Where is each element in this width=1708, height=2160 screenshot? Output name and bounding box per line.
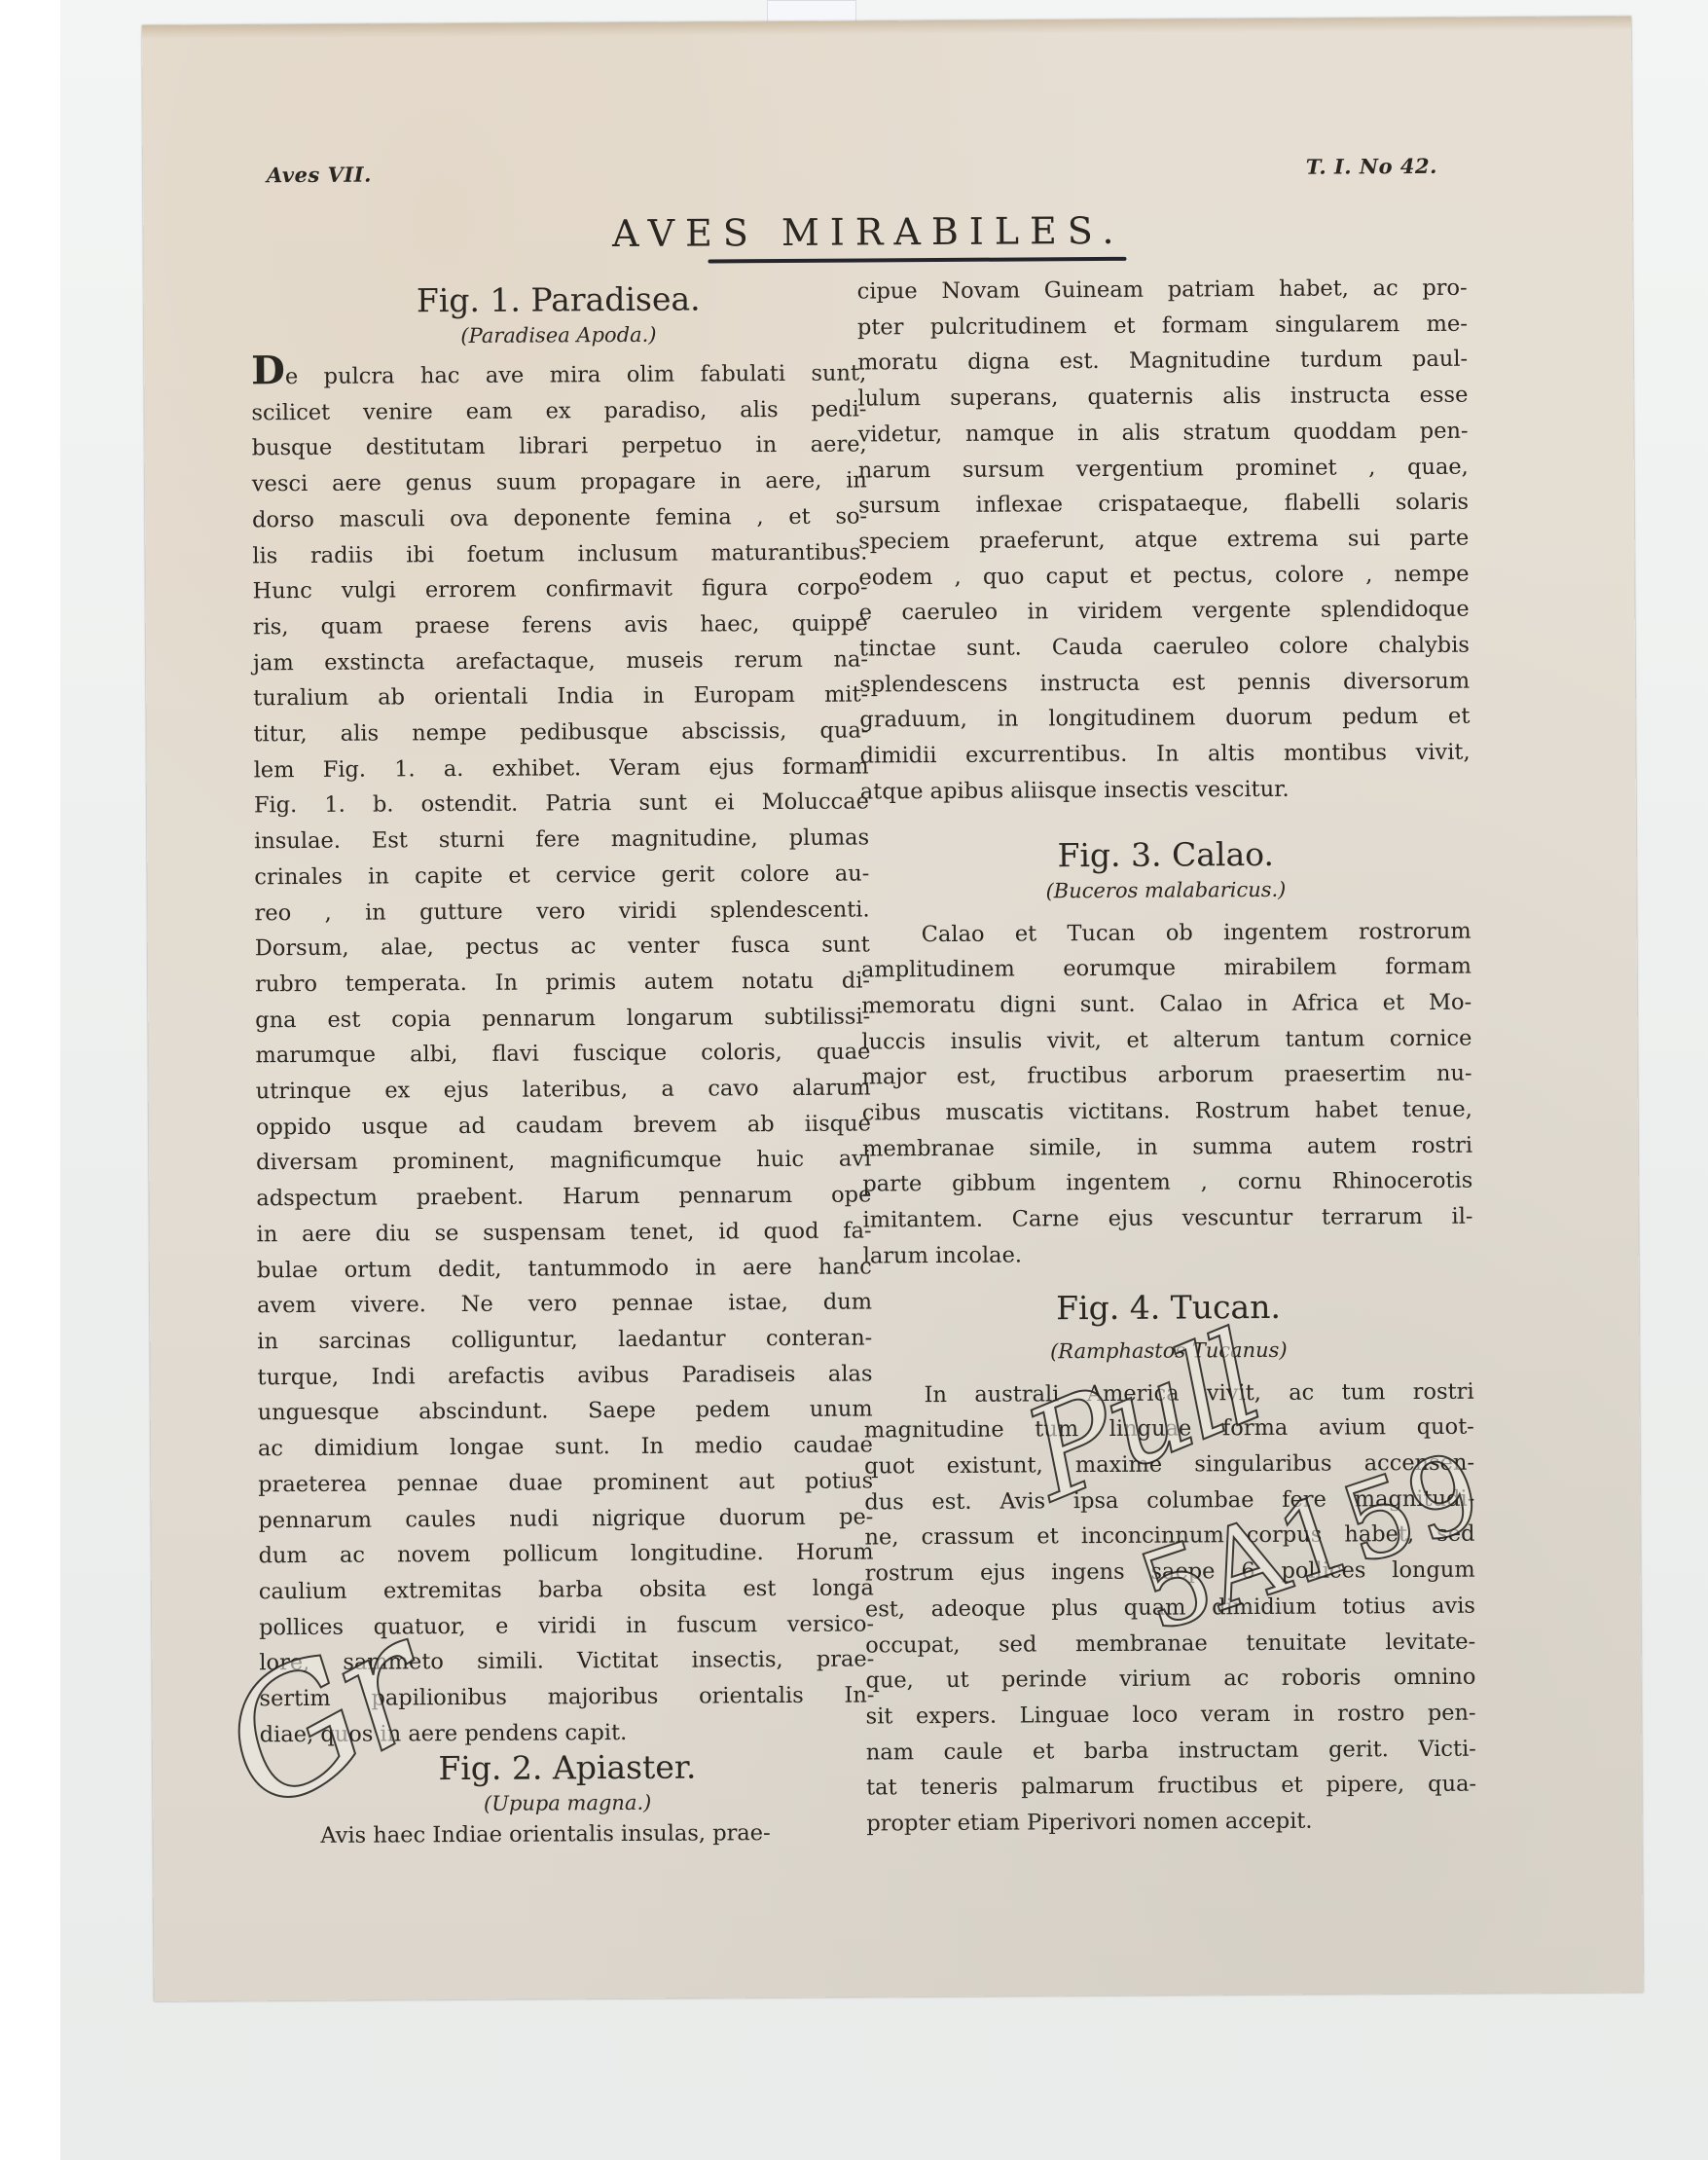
text-line: occupat, sed membranae tenuitate levitat… <box>865 1624 1475 1664</box>
text-line: larum incolae. <box>863 1235 1473 1275</box>
text-line: turalium ab orientali India in Europam m… <box>253 677 868 717</box>
text-line: bulae ortum dedit, tantummodo in aere ha… <box>257 1249 872 1289</box>
text-line: rubro temperata. In primis autem notatu … <box>255 963 870 1003</box>
fig2-body-continued: cipue Novam Guineam patriam habet, ac pr… <box>857 271 1471 810</box>
text-line: dimidii excurrentibus. In altis montibus… <box>859 735 1470 775</box>
text-line: diversam prominent, magnificumque huic a… <box>256 1142 871 1182</box>
running-head-right: T. I. No 42. <box>1306 154 1437 179</box>
fig2-title: Fig. 2. Apiaster. <box>260 1745 875 1792</box>
spacer <box>860 806 1471 835</box>
fig1-body: De pulcra hac ave mira olim fabulati sun… <box>251 352 875 1752</box>
text-line: e caeruleo in viridem vergente splendido… <box>859 592 1470 632</box>
text-line: oppido usque ad caudam brevem ab iisque <box>256 1106 871 1146</box>
text-line: in aere diu se suspensam tenet, id quod … <box>256 1213 871 1253</box>
text-line: membranae simile, in summa autem rostri <box>862 1127 1472 1167</box>
text-line: unguesque abscindunt. Saepe pedem unum <box>258 1392 873 1432</box>
text-line: dus est. Avis ipsa columbae fere magnitu… <box>864 1481 1474 1520</box>
text-line: nam caule et barba instructam gerit. Vic… <box>866 1731 1476 1771</box>
text-line: speciem praeferunt, atque extrema sui pa… <box>858 521 1469 561</box>
text-line: lulum superans, quaternis alis instructa… <box>857 378 1468 418</box>
text-line: est, adeoque plus quam dimidium totius a… <box>865 1588 1475 1628</box>
text-line: sertim papilionibus majoribus orientalis… <box>259 1677 874 1717</box>
text-line: cibus muscatis victitans. Rostrum habet … <box>862 1092 1472 1132</box>
text-line: propter etiam Piperivori nomen accepit. <box>866 1803 1476 1843</box>
text-line: lore, sammeto simili. Victitat insectis,… <box>259 1642 874 1682</box>
text-line: insulae. Est sturni fere magnitudine, pl… <box>254 821 869 860</box>
text-line: ne, crassum et inconcinnum corpus habet,… <box>864 1517 1474 1556</box>
text-line: sursum inflexae crispataeque, flabelli s… <box>858 485 1469 525</box>
left-column: Fig. 1. Paradisea. (Paradisea Apoda.) De… <box>251 276 876 1854</box>
text-line: titur, alis nempe pedibusque abscissis, … <box>253 713 868 752</box>
fig3-body: Calao et Tucan ob ingentem rostrorumampl… <box>861 913 1473 1274</box>
text-line: major est, fructibus arborum praesertim … <box>862 1056 1472 1096</box>
text-line: ris, quam praese ferens avis haec, quipp… <box>253 605 868 645</box>
text-line: que, ut perinde virium ac roboris omnino <box>865 1660 1475 1700</box>
text-line: Hunc vulgi errorem confirmavit figura co… <box>252 570 867 610</box>
text-line: cipue Novam Guineam patriam habet, ac pr… <box>857 271 1468 311</box>
text-line: pollices quatuor, e viridi in fuscum ver… <box>259 1606 874 1646</box>
fig2-subtitle: (Upupa magna.) <box>260 1788 875 1819</box>
fig4-title: Fig. 4. Tucan. <box>863 1284 1473 1331</box>
text-line: narum sursum vergentium prominet , quae, <box>858 449 1469 489</box>
text-line: ac dimidium longae sunt. In medio caudae <box>258 1428 873 1468</box>
text-line: utrinque ex ejus lateribus, a cavo alaru… <box>256 1071 871 1111</box>
text-line: De pulcra hac ave mira olim fabulati sun… <box>251 352 866 395</box>
text-line: pennarum caules nudi nigrique duorum pe- <box>258 1499 873 1539</box>
text-line: Fig. 1. b. ostendit. Patria sunt ei Molu… <box>254 785 869 824</box>
text-line: eodem , quo caput et pectus, colore , ne… <box>858 556 1469 596</box>
text-line: tat teneris palmarum fructibus et pipere… <box>866 1767 1476 1807</box>
text-line: Avis haec Indiae orientalis insulas, pra… <box>260 1815 875 1855</box>
document-sheet: Aves VII. T. I. No 42. AVES MIRABILES. F… <box>142 17 1643 2001</box>
text-line: vesci aere genus suum propagare in aere,… <box>252 463 867 503</box>
fig2-body: Avis haec Indiae orientalis insulas, pra… <box>260 1815 875 1855</box>
text-line: jam exstincta arefactaque, museis rerum … <box>253 641 868 681</box>
scan-margin-left <box>0 0 60 2160</box>
text-line: gna est copia pennarum longarum subtilis… <box>255 999 870 1039</box>
fig4-subtitle: (Ramphastos Tucanus) <box>863 1335 1473 1366</box>
line-text: e pulcra hac ave mira olim fabulati sunt… <box>285 360 866 389</box>
text-line: pter pulcritudinem et formam singularem … <box>857 306 1468 346</box>
text-line: graduum, in longitudinem duorum pedum et <box>859 699 1470 739</box>
text-line: atque apibus aliisque insectis vescitur. <box>860 771 1471 811</box>
text-line: reo , in gutture vero viridi splendescen… <box>254 892 869 932</box>
text-line: memoratu digni sunt. Calao in Africa et … <box>861 985 1472 1025</box>
right-column: cipue Novam Guineam patriam habet, ac pr… <box>857 271 1477 1843</box>
text-line: busque destitutam librari perpetuo in ae… <box>252 427 867 467</box>
text-line: lem Fig. 1. a. exhibet. Veram ejus forma… <box>254 749 869 788</box>
text-line: praeterea pennae duae prominent aut poti… <box>258 1463 873 1503</box>
page-title: AVES MIRABILES. <box>143 206 1632 258</box>
text-line: sit expers. Linguae loco veram in rostro… <box>866 1696 1476 1736</box>
text-line: parte gibbum ingentem , cornu Rhinocerot… <box>862 1163 1472 1203</box>
text-line: avem vivere. Ne vero pennae istae, dum <box>257 1285 872 1325</box>
title-rule <box>708 257 1126 264</box>
text-line: dorso masculi ova deponente femina , et … <box>252 498 867 538</box>
text-line: tinctae sunt. Cauda caeruleo colore chal… <box>859 628 1470 668</box>
text-line: dum ac novem pollicum longitudine. Horum <box>258 1535 873 1575</box>
text-line: scilicet venire eam ex paradiso, alis pe… <box>251 391 866 431</box>
text-line: in sarcinas colliguntur, laedantur conte… <box>257 1320 872 1360</box>
text-line: imitantem. Carne ejus vescuntur terrarum… <box>862 1199 1472 1239</box>
running-head-left: Aves VII. <box>267 163 372 188</box>
text-line: moratu digna est. Magnitudine turdum pau… <box>857 342 1468 382</box>
fig3-subtitle: (Buceros malabaricus.) <box>860 874 1471 905</box>
text-line: quot existunt, maxime singularibus accen… <box>864 1446 1474 1485</box>
text-line: caulium extremitas barba obsita est long… <box>259 1570 874 1610</box>
dropcap: D <box>251 348 285 393</box>
text-line: turque, Indi arefactis avibus Paradiseis… <box>257 1356 872 1396</box>
text-line: marumque albi, flavi fuscique coloris, q… <box>255 1035 870 1075</box>
text-line: amplitudinem eorumque mirabilem formam <box>861 949 1472 989</box>
text-line: Dorsum, alae, pectus ac venter fusca sun… <box>255 928 870 968</box>
fig1-subtitle: (Paradisea Apoda.) <box>251 319 866 350</box>
text-line: lis radiis ibi foetum inclusum maturanti… <box>252 534 867 574</box>
fig4-body: In australi America vivit, ac tum rostri… <box>863 1373 1476 1842</box>
fig3-title: Fig. 3. Calao. <box>860 831 1471 878</box>
text-line: In australi America vivit, ac tum rostri <box>863 1373 1473 1413</box>
text-line: rostrum ejus ingens saepe 6 pollices lon… <box>865 1553 1475 1593</box>
text-line: crinales in capite et cervice gerit colo… <box>254 856 869 896</box>
text-line: magnitudine tum linguae forma avium quot… <box>864 1409 1474 1449</box>
text-line: adspectum praebent. Harum pennarum ope <box>256 1178 871 1218</box>
text-line: luccis insulis vivit, et alterum tantum … <box>861 1020 1472 1060</box>
text-line: Calao et Tucan ob ingentem rostrorum <box>861 913 1472 953</box>
text-line: videtur, namque in alis stratum quoddam … <box>857 413 1468 453</box>
text-line: splendescens instructa est pennis divers… <box>859 663 1470 703</box>
fig1-title: Fig. 1. Paradisea. <box>251 276 866 323</box>
